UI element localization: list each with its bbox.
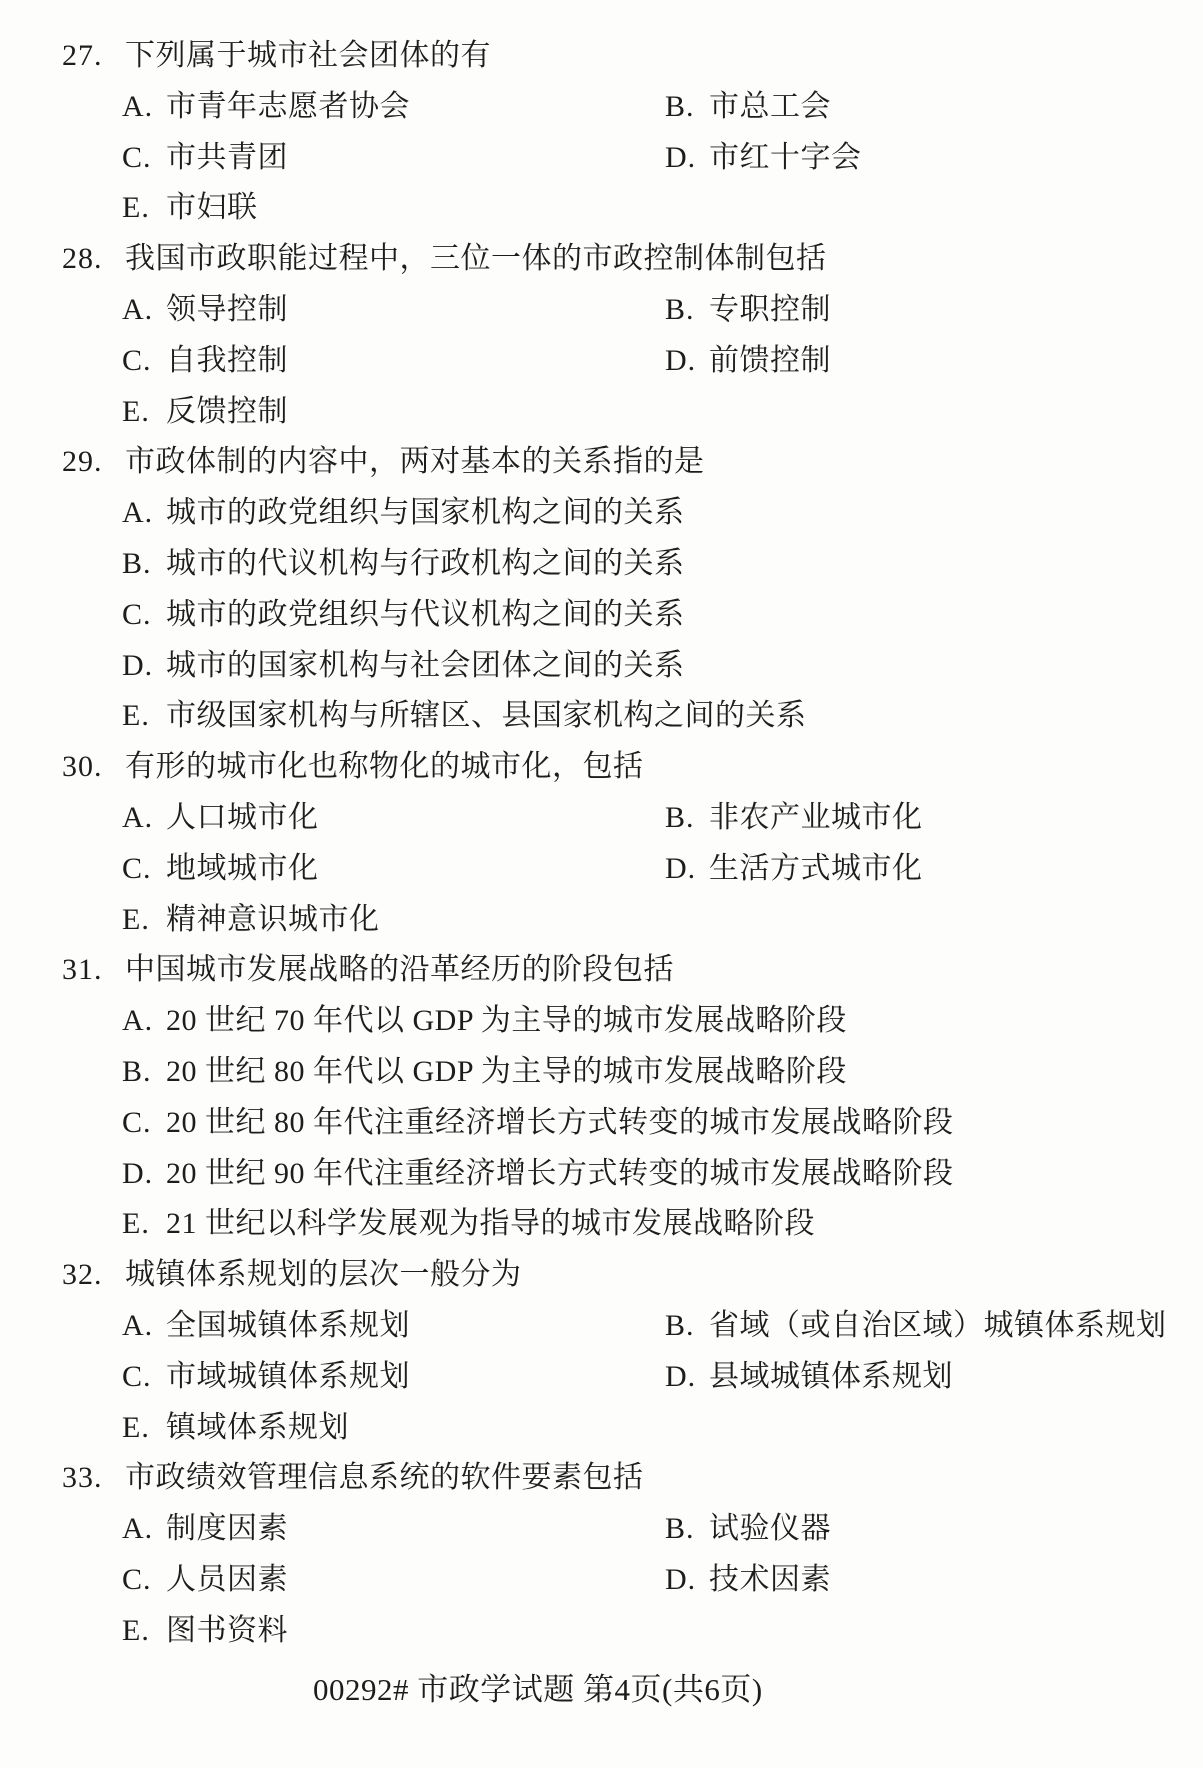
option-a: A.市青年志愿者协会 (122, 82, 410, 133)
option-key: D. (665, 1555, 709, 1606)
question-stem-line: 29.市政体制的内容中，两对基本的关系指的是 (0, 437, 1203, 488)
option-row: C.20 世纪 80 年代注重经济增长方式转变的城市发展战略阶段 (0, 1098, 1203, 1149)
option-key: A. (122, 793, 166, 844)
option-text: 前馈控制 (709, 344, 831, 377)
question-29: 29.市政体制的内容中，两对基本的关系指的是 A.城市的政党组织与国家机构之间的… (0, 437, 1203, 742)
option-key: D. (665, 1352, 709, 1403)
option-c: C.市域城镇体系规划 (122, 1352, 410, 1403)
option-e: E.镇域体系规划 (122, 1403, 349, 1454)
option-row: E.市妇联 (0, 183, 1203, 234)
option-text: 省域（或自治区域）城镇体系规划 (709, 1309, 1167, 1342)
question-stem: 城镇体系规划的层次一般分为 (125, 1258, 522, 1291)
option-row: C.地域城市化 D.生活方式城市化 (0, 844, 1203, 895)
option-a: A.领导控制 (122, 285, 288, 336)
option-key: B. (665, 1504, 709, 1555)
option-row: E.镇域体系规划 (0, 1403, 1203, 1454)
option-key: E. (122, 1606, 166, 1657)
question-stem-line: 28.我国市政职能过程中，三位一体的市政控制体制包括 (0, 234, 1203, 285)
option-text: 市级国家机构与所辖区、县国家机构之间的关系 (166, 699, 807, 732)
question-number: 30. (62, 742, 125, 793)
option-key: D. (665, 336, 709, 387)
option-a: A.制度因素 (122, 1504, 288, 1555)
exam-page: 27.下列属于城市社会团体的有 A.市青年志愿者协会 B.市总工会 C.市共青团… (0, 0, 1203, 1768)
option-row: E.反馈控制 (0, 387, 1203, 438)
option-text: 21 世纪以科学发展观为指导的城市发展战略阶段 (166, 1207, 815, 1240)
option-key: C. (122, 1555, 166, 1606)
option-row: C.自我控制 D.前馈控制 (0, 336, 1203, 387)
question-stem: 市政绩效管理信息系统的软件要素包括 (125, 1461, 644, 1494)
option-key: A. (122, 1504, 166, 1555)
option-row: A.制度因素 B.试验仪器 (0, 1504, 1203, 1555)
option-key: D. (122, 641, 166, 692)
option-text: 市域城镇体系规划 (166, 1360, 410, 1393)
option-text: 生活方式城市化 (709, 852, 923, 885)
option-key: A. (122, 82, 166, 133)
question-number: 31. (62, 945, 125, 996)
option-key: B. (665, 82, 709, 133)
option-d: D.城市的国家机构与社会团体之间的关系 (122, 641, 685, 692)
option-key: D. (665, 844, 709, 895)
option-text: 全国城镇体系规划 (166, 1309, 410, 1342)
option-key: B. (122, 539, 166, 590)
question-number: 32. (62, 1250, 125, 1301)
option-key: C. (122, 1352, 166, 1403)
option-text: 反馈控制 (166, 395, 288, 428)
option-row: E.图书资料 (0, 1606, 1203, 1657)
option-key: C. (122, 590, 166, 641)
question-stem: 有形的城市化也称物化的城市化，包括 (125, 750, 644, 783)
question-27: 27.下列属于城市社会团体的有 A.市青年志愿者协会 B.市总工会 C.市共青团… (0, 31, 1203, 234)
option-text: 图书资料 (166, 1614, 288, 1647)
question-stem-line: 33.市政绩效管理信息系统的软件要素包括 (0, 1453, 1203, 1504)
option-key: A. (122, 488, 166, 539)
option-row: C.人员因素 D.技术因素 (0, 1555, 1203, 1606)
option-row: C.市共青团 D.市红十字会 (0, 133, 1203, 184)
option-row: A.城市的政党组织与国家机构之间的关系 (0, 488, 1203, 539)
option-row: D.20 世纪 90 年代注重经济增长方式转变的城市发展战略阶段 (0, 1149, 1203, 1200)
option-b: B.省域（或自治区域）城镇体系规划 (665, 1301, 1167, 1352)
option-text: 镇域体系规划 (166, 1411, 349, 1444)
option-a: A.全国城镇体系规划 (122, 1301, 410, 1352)
question-stem: 下列属于城市社会团体的有 (125, 39, 491, 72)
option-text: 20 世纪 90 年代注重经济增长方式转变的城市发展战略阶段 (166, 1157, 954, 1190)
option-row: A.全国城镇体系规划 B.省域（或自治区域）城镇体系规划 (0, 1301, 1203, 1352)
option-text: 制度因素 (166, 1512, 288, 1545)
option-text: 市妇联 (166, 191, 258, 224)
option-b: B.专职控制 (665, 285, 831, 336)
option-text: 20 世纪 80 年代注重经济增长方式转变的城市发展战略阶段 (166, 1106, 954, 1139)
option-key: E. (122, 387, 166, 438)
question-32: 32.城镇体系规划的层次一般分为 A.全国城镇体系规划 B.省域（或自治区域）城… (0, 1250, 1203, 1453)
option-c: C.地域城市化 (122, 844, 319, 895)
option-e: E.图书资料 (122, 1606, 288, 1657)
option-c: C.自我控制 (122, 336, 288, 387)
option-row: D.城市的国家机构与社会团体之间的关系 (0, 641, 1203, 692)
option-e: E.21 世纪以科学发展观为指导的城市发展战略阶段 (122, 1199, 815, 1250)
option-key: E. (122, 1403, 166, 1454)
option-row: A.领导控制 B.专职控制 (0, 285, 1203, 336)
option-key: D. (122, 1149, 166, 1200)
question-stem-line: 32.城镇体系规划的层次一般分为 (0, 1250, 1203, 1301)
option-d: D.前馈控制 (665, 336, 831, 387)
question-number: 27. (62, 31, 125, 82)
question-number: 28. (62, 234, 125, 285)
option-d: D.20 世纪 90 年代注重经济增长方式转变的城市发展战略阶段 (122, 1149, 954, 1200)
question-33: 33.市政绩效管理信息系统的软件要素包括 A.制度因素 B.试验仪器 C.人员因… (0, 1453, 1203, 1656)
option-text: 非农产业城市化 (709, 801, 923, 834)
option-text: 市红十字会 (709, 141, 862, 174)
option-text: 领导控制 (166, 293, 288, 326)
question-stem-line: 31.中国城市发展战略的沿革经历的阶段包括 (0, 945, 1203, 996)
option-row: C.市域城镇体系规划 D.县域城镇体系规划 (0, 1352, 1203, 1403)
option-row: E.精神意识城市化 (0, 895, 1203, 946)
option-text: 市总工会 (709, 90, 831, 123)
option-key: A. (122, 285, 166, 336)
option-key: B. (122, 1047, 166, 1098)
option-row: B.20 世纪 80 年代以 GDP 为主导的城市发展战略阶段 (0, 1047, 1203, 1098)
option-b: B.城市的代议机构与行政机构之间的关系 (122, 539, 685, 590)
question-number: 33. (62, 1453, 125, 1504)
option-text: 城市的代议机构与行政机构之间的关系 (166, 547, 685, 580)
question-28: 28.我国市政职能过程中，三位一体的市政控制体制包括 A.领导控制 B.专职控制… (0, 234, 1203, 437)
option-text: 人口城市化 (166, 801, 319, 834)
option-key: B. (665, 285, 709, 336)
option-text: 20 世纪 70 年代以 GDP 为主导的城市发展战略阶段 (166, 1004, 847, 1037)
option-text: 技术因素 (709, 1563, 831, 1596)
option-text: 市青年志愿者协会 (166, 90, 410, 123)
option-key: D. (665, 133, 709, 184)
option-row: B.城市的代议机构与行政机构之间的关系 (0, 539, 1203, 590)
option-e: E.市级国家机构与所辖区、县国家机构之间的关系 (122, 691, 807, 742)
option-c: C.20 世纪 80 年代注重经济增长方式转变的城市发展战略阶段 (122, 1098, 954, 1149)
option-key: C. (122, 844, 166, 895)
option-row: A.市青年志愿者协会 B.市总工会 (0, 82, 1203, 133)
option-b: B.非农产业城市化 (665, 793, 923, 844)
option-d: D.生活方式城市化 (665, 844, 923, 895)
option-b: B.市总工会 (665, 82, 831, 133)
option-key: A. (122, 1301, 166, 1352)
question-stem: 我国市政职能过程中，三位一体的市政控制体制包括 (125, 242, 827, 275)
option-row: C.城市的政党组织与代议机构之间的关系 (0, 590, 1203, 641)
option-key: C. (122, 1098, 166, 1149)
option-d: D.县域城镇体系规划 (665, 1352, 953, 1403)
option-e: E.市妇联 (122, 183, 258, 234)
option-c: C.城市的政党组织与代议机构之间的关系 (122, 590, 685, 641)
option-text: 自我控制 (166, 344, 288, 377)
option-text: 地域城市化 (166, 852, 319, 885)
question-31: 31.中国城市发展战略的沿革经历的阶段包括 A.20 世纪 70 年代以 GDP… (0, 945, 1203, 1250)
option-text: 20 世纪 80 年代以 GDP 为主导的城市发展战略阶段 (166, 1055, 847, 1088)
option-text: 城市的政党组织与代议机构之间的关系 (166, 598, 685, 631)
option-row: E.21 世纪以科学发展观为指导的城市发展战略阶段 (0, 1199, 1203, 1250)
option-a: A.20 世纪 70 年代以 GDP 为主导的城市发展战略阶段 (122, 996, 847, 1047)
option-e: E.精神意识城市化 (122, 895, 380, 946)
question-stem: 中国城市发展战略的沿革经历的阶段包括 (125, 953, 674, 986)
question-number: 29. (62, 437, 125, 488)
option-e: E.反馈控制 (122, 387, 288, 438)
option-key: C. (122, 133, 166, 184)
option-key: E. (122, 1199, 166, 1250)
option-text: 城市的政党组织与国家机构之间的关系 (166, 496, 685, 529)
option-key: A. (122, 996, 166, 1047)
option-c: C.人员因素 (122, 1555, 288, 1606)
option-key: B. (665, 1301, 709, 1352)
question-stem-line: 27.下列属于城市社会团体的有 (0, 31, 1203, 82)
option-d: D.市红十字会 (665, 133, 862, 184)
option-row: E.市级国家机构与所辖区、县国家机构之间的关系 (0, 691, 1203, 742)
option-b: B.20 世纪 80 年代以 GDP 为主导的城市发展战略阶段 (122, 1047, 847, 1098)
option-key: E. (122, 183, 166, 234)
option-key: B. (665, 793, 709, 844)
option-key: E. (122, 895, 166, 946)
option-key: C. (122, 336, 166, 387)
option-c: C.市共青团 (122, 133, 288, 184)
page-footer: 00292# 市政学试题 第4页(共6页) (313, 1671, 763, 1709)
option-text: 市共青团 (166, 141, 288, 174)
option-text: 专职控制 (709, 293, 831, 326)
option-text: 城市的国家机构与社会团体之间的关系 (166, 649, 685, 682)
option-a: A.人口城市化 (122, 793, 319, 844)
question-stem-line: 30.有形的城市化也称物化的城市化，包括 (0, 742, 1203, 793)
option-text: 人员因素 (166, 1563, 288, 1596)
option-text: 精神意识城市化 (166, 903, 380, 936)
option-b: B.试验仪器 (665, 1504, 831, 1555)
exam-content: 27.下列属于城市社会团体的有 A.市青年志愿者协会 B.市总工会 C.市共青团… (0, 31, 1203, 1657)
option-row: A.20 世纪 70 年代以 GDP 为主导的城市发展战略阶段 (0, 996, 1203, 1047)
option-d: D.技术因素 (665, 1555, 831, 1606)
option-text: 试验仪器 (709, 1512, 831, 1545)
question-stem: 市政体制的内容中，两对基本的关系指的是 (125, 445, 705, 478)
question-30: 30.有形的城市化也称物化的城市化，包括 A.人口城市化 B.非农产业城市化 C… (0, 742, 1203, 945)
option-text: 县域城镇体系规划 (709, 1360, 953, 1393)
option-a: A.城市的政党组织与国家机构之间的关系 (122, 488, 685, 539)
option-key: E. (122, 691, 166, 742)
option-row: A.人口城市化 B.非农产业城市化 (0, 793, 1203, 844)
